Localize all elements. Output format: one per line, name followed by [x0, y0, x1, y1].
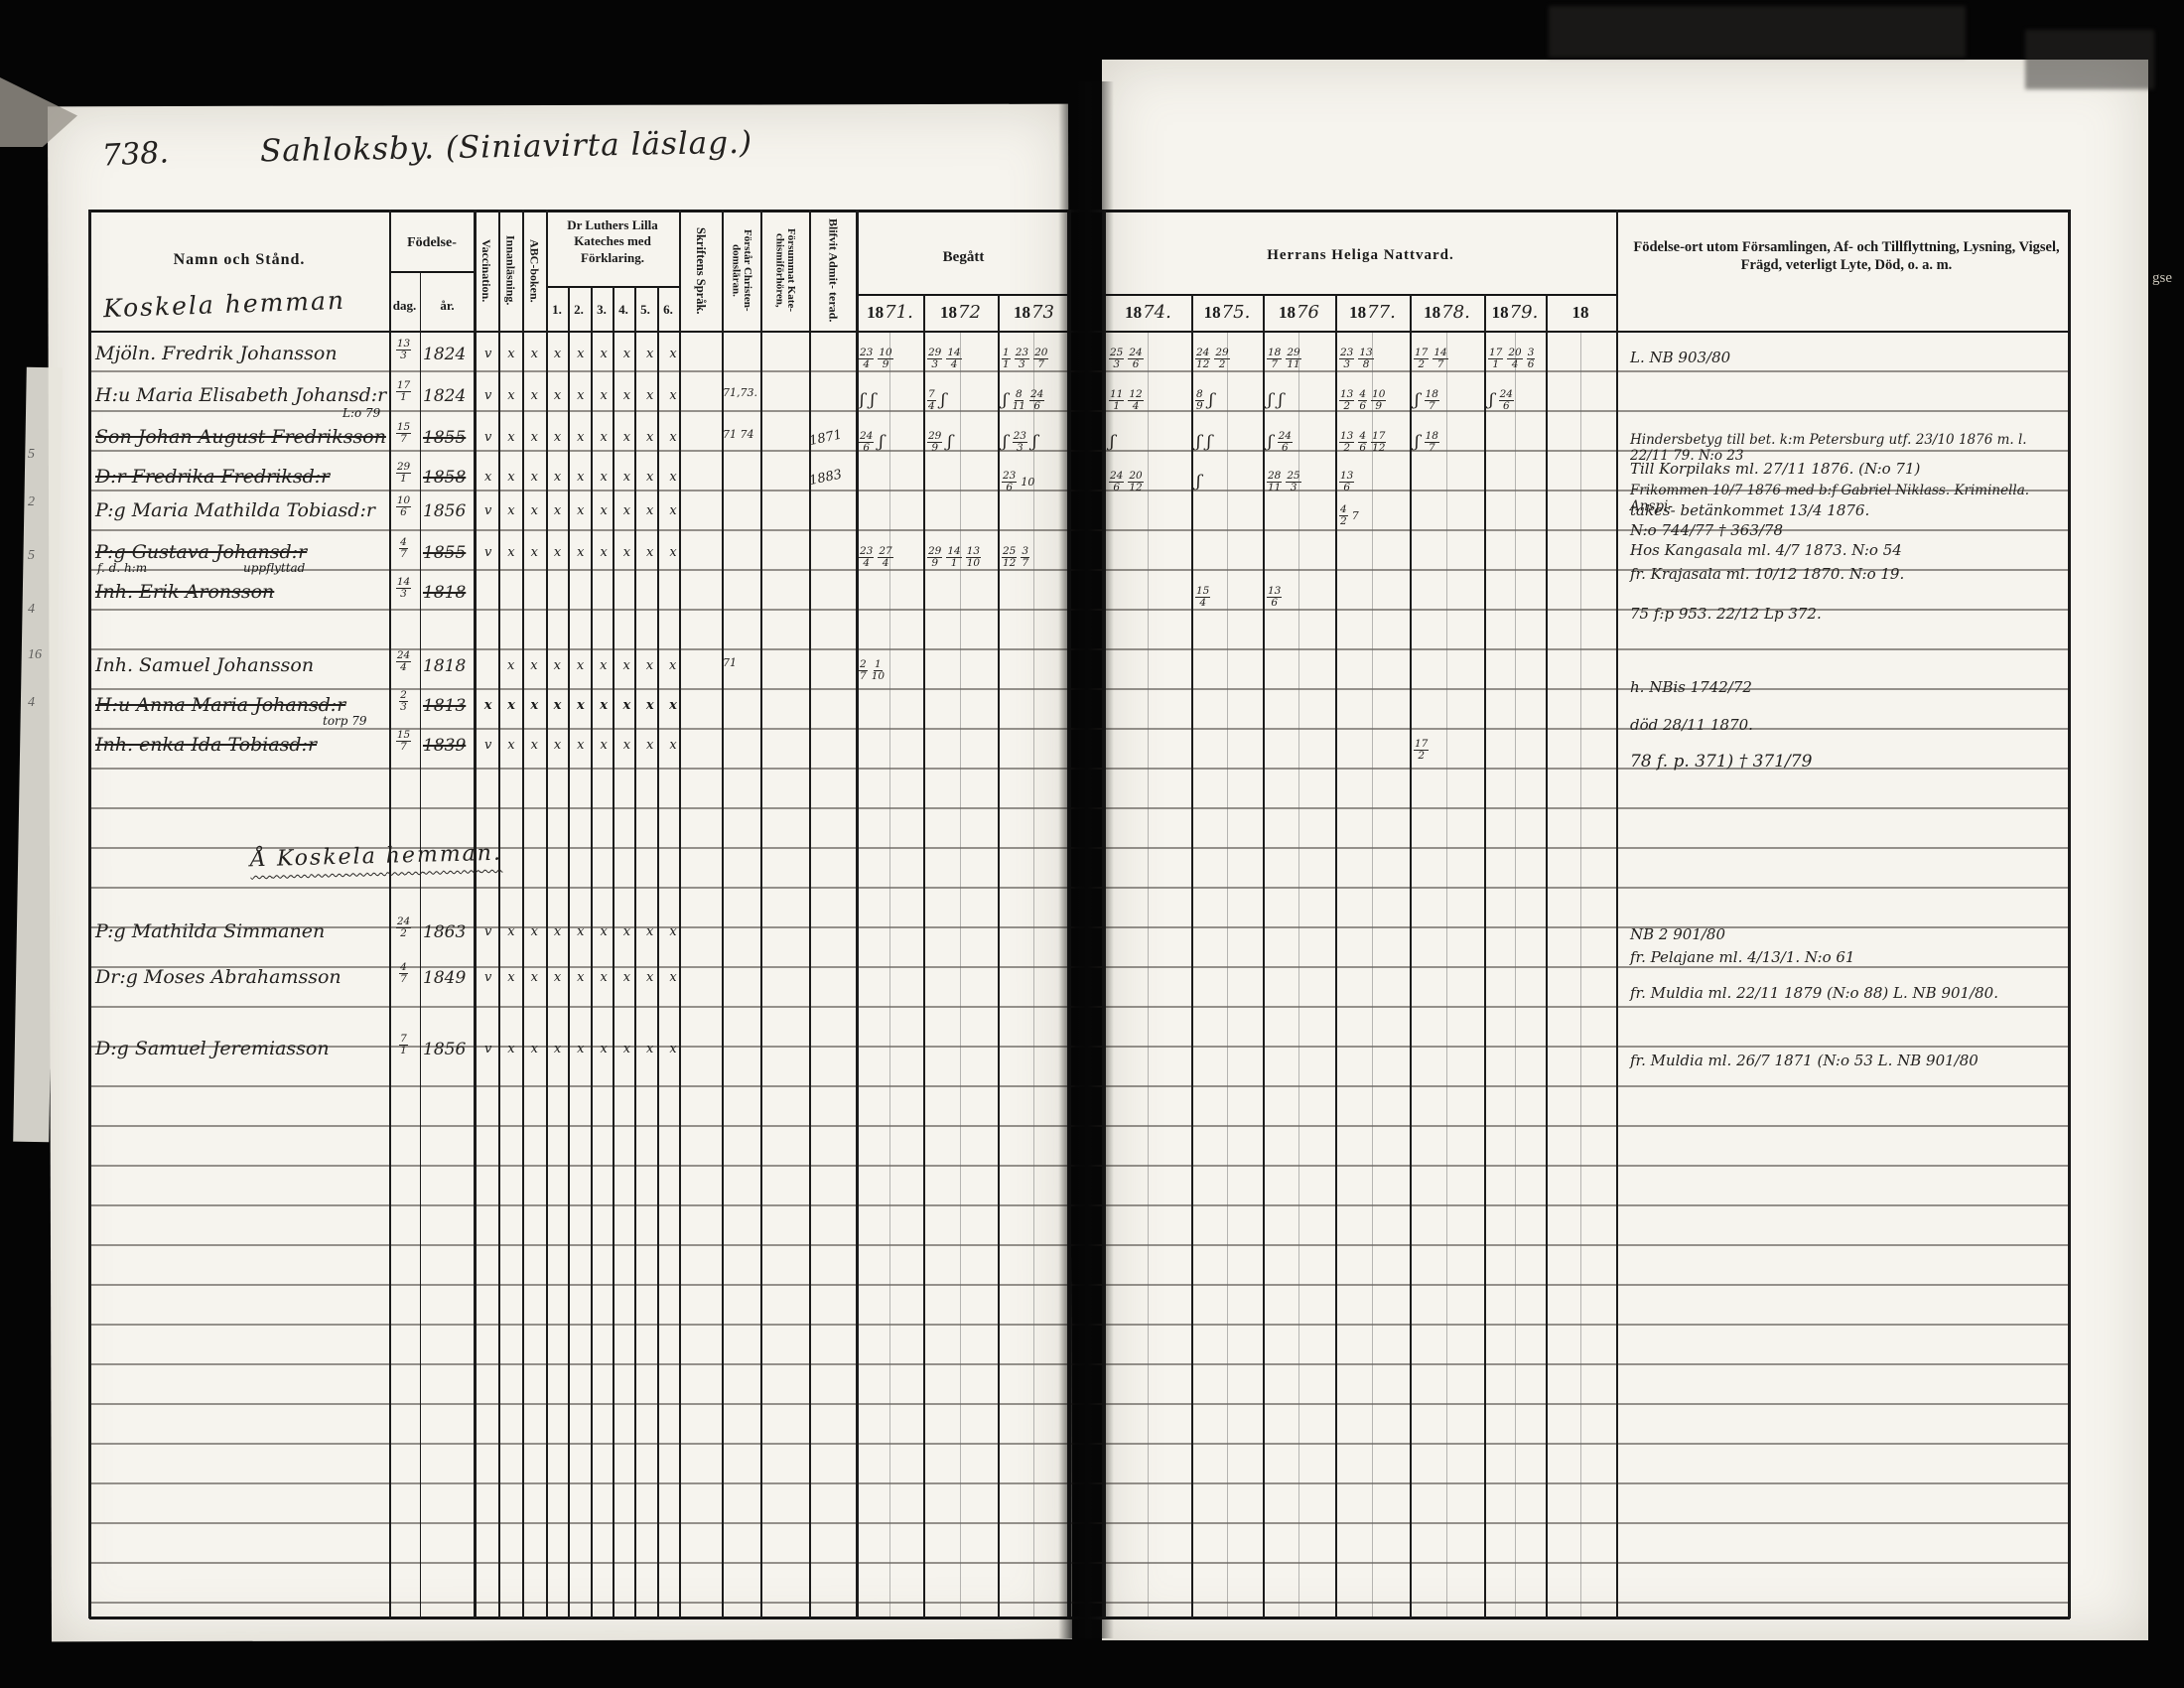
communion-1872: 74ʃ — [925, 381, 998, 419]
col-header-birth-year: år. — [420, 298, 475, 314]
ability-marks: vxxxxxxxx — [477, 924, 687, 939]
communion-1877: 132461712 — [1337, 423, 1410, 461]
birth-year: 1824 — [423, 386, 478, 406]
communion-1878: ʃ187 — [1412, 423, 1484, 461]
year-1877: 1877. — [1335, 294, 1410, 331]
ability-marks: xxxxxxxxx — [477, 470, 687, 485]
birth-day: 47 — [387, 537, 420, 559]
person-name: Son Johan August Fredriksson — [95, 426, 403, 448]
birth-year: 1858 — [423, 468, 478, 488]
person-name: Inh. enka Ida Tobiasd:r — [95, 734, 403, 756]
communion-1876: ʃ246 — [1265, 423, 1335, 461]
note-line: död 28/11 1870. — [1630, 717, 2061, 734]
note-line: fr. Pelajane ml. 4/13/1. N:o 61 — [1630, 949, 2061, 966]
person-name: Inh. Erik Aronsson — [95, 581, 403, 603]
person-name: P:g Mathilda Simmanen — [95, 920, 403, 942]
communion-1872: 2991411310 — [925, 538, 998, 576]
birth-day: 133 — [387, 339, 420, 360]
communion-1874: ʃ — [1107, 423, 1191, 461]
birth-year: 1839 — [423, 736, 478, 756]
col-header-abc-book: ABC-boken. — [522, 212, 546, 329]
ability-marks: vxxxxxxxx — [477, 430, 687, 445]
communion-1872: 293144 — [925, 340, 998, 377]
understands-note: 71 — [723, 656, 808, 669]
person-name: H:u Anna Maria Johansd:r — [95, 694, 403, 716]
person-name: H:u Maria Elisabeth Johansd:r — [95, 384, 403, 406]
row-annotation: L:o 79 — [342, 406, 380, 420]
birth-day: 157 — [387, 422, 420, 444]
person-name: D:g Samuel Jeremiasson — [95, 1038, 403, 1059]
communion-1875: 154 — [1193, 578, 1263, 616]
catechism-col-2: 2. — [568, 302, 590, 318]
birth-day: 171 — [387, 380, 420, 402]
birth-year: 1818 — [423, 583, 478, 603]
margin-figure: 16 — [28, 647, 42, 663]
communion-1875: ʃʃ — [1193, 423, 1263, 461]
catechism-col-5: 5. — [634, 302, 656, 318]
person-name: P:g Gustava Johansd:r — [95, 541, 403, 563]
col-header-notes: Födelse-ort utom Församlingen, Af- och T… — [1630, 238, 2063, 274]
note-line: 75 f:p 953. 22/12 Lp 372. — [1630, 606, 2061, 623]
communion-1874: 253246 — [1107, 340, 1191, 377]
scan-noise — [2025, 30, 2154, 89]
admitted-year: 1883 — [808, 464, 860, 489]
ability-marks: vxxxxxxxx — [477, 1042, 687, 1056]
margin-figure: 5 — [28, 548, 35, 564]
catechism-col-4: 4. — [613, 302, 634, 318]
note-line: Hos Kangasala ml. 4/7 1873. N:o 54 — [1630, 542, 2061, 559]
scan-noise — [1549, 6, 1966, 58]
col-header-vaccination: Vaccination. — [474, 212, 498, 329]
birth-year: 1824 — [423, 345, 478, 364]
understands-note: 71,73. — [723, 386, 808, 399]
communion-1871: 234109 — [857, 340, 923, 377]
year-blank: 18 — [1546, 294, 1616, 331]
birth-year: 1855 — [423, 543, 478, 563]
ability-marks: vxxxxxxxx — [477, 503, 687, 518]
col-header-birth: Födelse- — [389, 234, 475, 252]
communion-1871: 234274 — [857, 538, 923, 576]
note-line: h. NBis 1742/72 — [1630, 679, 2061, 696]
catechism-col-1: 1. — [546, 302, 568, 318]
catechism-col-6: 6. — [657, 302, 679, 318]
edge-text: gse — [2152, 270, 2172, 287]
scanned-church-record: 738. Sahloksby. (Siniavirta läslag.) — [0, 0, 2184, 1688]
ability-marks: vxxxxxxxx — [477, 738, 687, 753]
note-line: fr. Krajasala ml. 10/12 1870. N:o 19. — [1630, 566, 2061, 583]
col-header-reading: Innanläsning. — [498, 212, 522, 329]
ability-marks: xxxxxxxxx — [477, 698, 687, 713]
communion-1878: ʃ187 — [1412, 381, 1484, 419]
note-line: fr. Muldia ml. 22/11 1879 (N:o 88) L. NB… — [1630, 985, 2061, 1002]
communion-1877: 13246109 — [1337, 381, 1410, 419]
birth-year: 1818 — [423, 656, 478, 676]
col-header-begatt: Begått — [857, 248, 1070, 267]
row-annotation: uppflyttad — [243, 561, 305, 575]
understands-note: 71 74 — [723, 428, 808, 441]
birth-day: 23 — [387, 690, 420, 712]
communion-1878: 172147 — [1412, 340, 1484, 377]
communion-1875: 89ʃ — [1193, 381, 1263, 419]
col-header-name: Namn och Stånd. — [89, 250, 389, 270]
birth-day: 157 — [387, 730, 420, 752]
communion-1877: 233138 — [1337, 340, 1410, 377]
ability-marks: vxxxxxxxx — [477, 545, 687, 560]
communion-1876: ʃʃ — [1265, 381, 1335, 419]
birth-day: 143 — [387, 577, 420, 599]
col-header-catechism: Dr Luthers Lilla Kateches med Förklaring… — [548, 217, 677, 266]
communion-1879: 17120436 — [1486, 340, 1548, 377]
margin-figure: 4 — [28, 602, 35, 618]
person-name: Dr:g Moses Abrahamsson — [95, 966, 403, 988]
birth-year: 1855 — [423, 428, 478, 448]
margin-figure: 2 — [28, 494, 35, 510]
person-name: Mjöln. Fredrik Johansson — [95, 343, 403, 364]
year-1874: 1874. — [1105, 294, 1191, 331]
communion-1879: ʃ246 — [1486, 381, 1548, 419]
year-1876: 1876 — [1263, 294, 1335, 331]
col-header-communion: Herrans Heliga Nattvard. — [1105, 246, 1616, 265]
communion-1876: 1872911 — [1265, 340, 1335, 377]
birth-year: 1849 — [423, 968, 478, 988]
person-name: D:r Fredrika Fredriksd:r — [95, 466, 403, 488]
communion-1876: 136 — [1265, 578, 1335, 616]
communion-1878: 172 — [1412, 731, 1484, 769]
birth-year: 1813 — [423, 696, 478, 716]
birth-day: 71 — [387, 1034, 420, 1055]
page-number: 738. — [101, 135, 170, 173]
col-header-script-language: Skriftens Språk. — [679, 212, 722, 329]
year-1878: 1878. — [1410, 294, 1484, 331]
communion-1872: 299ʃ — [925, 423, 998, 461]
col-header-understands: Förstår Christen- domsläran. — [722, 212, 760, 329]
col-header-admitted: Blifvit Admit- terad. — [809, 212, 857, 329]
communion-1874: 111124 — [1107, 381, 1191, 419]
col-header-missed-exams: Försummat Kate- chismiförhören, — [760, 212, 809, 329]
person-name: Inh. Samuel Johansson — [95, 654, 403, 676]
year-1879: 1879. — [1484, 294, 1546, 331]
ability-marks: xxxxxxxx — [499, 658, 710, 673]
note-line: 78 f. p. 371) † 371/79 — [1630, 753, 2061, 773]
birth-year: 1856 — [423, 1040, 478, 1059]
communion-1877: 427 — [1337, 496, 1410, 534]
birth-day: 291 — [387, 462, 420, 484]
birth-day: 106 — [387, 495, 420, 517]
ability-marks: vxxxxxxxx — [477, 347, 687, 361]
row-annotation: torp 79 — [323, 714, 367, 728]
year-1872: 1872 — [923, 294, 998, 331]
communion-1871: ʃʃ — [857, 381, 923, 419]
year-1875: 1875. — [1191, 294, 1263, 331]
margin-figure: 4 — [28, 695, 35, 711]
communion-1871: 246ʃ — [857, 423, 923, 461]
ability-marks: vxxxxxxxx — [477, 388, 687, 403]
row-annotation: f. d. h:m — [97, 561, 147, 575]
note-line: N:o 744/77 † 363/78 — [1630, 522, 2061, 539]
communion-1875: 2412292 — [1193, 340, 1263, 377]
birth-day: 242 — [387, 916, 420, 938]
communion-1871: 27110 — [857, 651, 923, 689]
book-gutter — [1058, 81, 1114, 1638]
note-line: L. NB 903/80 — [1630, 350, 2061, 366]
person-name: P:g Maria Mathilda Tobiasd:r — [95, 499, 403, 521]
birth-year: 1863 — [423, 922, 478, 942]
ability-marks: vxxxxxxxx — [477, 970, 687, 985]
note-line: NB 2 901/80 — [1630, 926, 2061, 943]
note-line: takes- betänkommet 13/4 1876. — [1630, 502, 2061, 519]
catechism-col-3: 3. — [591, 302, 613, 318]
admitted-year: 1871 — [808, 424, 860, 449]
note-line: fr. Muldia ml. 26/7 1871 (N:o 53 L. NB 9… — [1630, 1053, 2061, 1069]
birth-day: 244 — [387, 650, 420, 672]
note-line: Till Korpilaks ml. 27/11 1876. (N:o 71) — [1630, 461, 2061, 478]
birth-day: 47 — [387, 962, 420, 984]
margin-figure: 5 — [28, 447, 35, 463]
year-1871: 1871. — [857, 294, 923, 331]
birth-year: 1856 — [423, 501, 478, 521]
col-header-birth-day: dag. — [389, 298, 420, 314]
